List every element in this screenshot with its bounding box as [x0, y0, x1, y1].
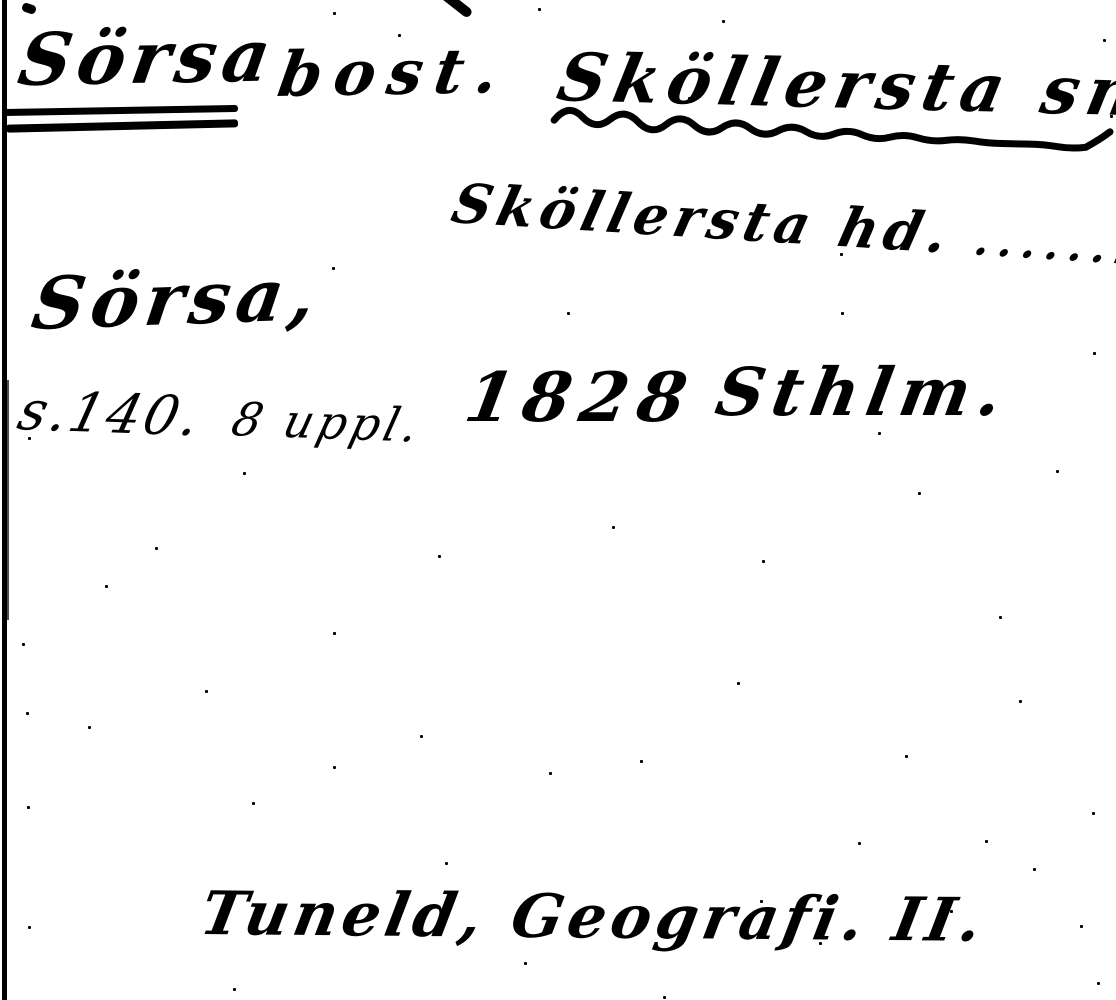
page-reference: s.140. [13, 384, 208, 444]
headword-underline-top [2, 105, 238, 116]
headword-underline-bottom [6, 119, 238, 132]
district-trailing-dots: ......h.l [970, 215, 1116, 278]
headword: Sörsa [14, 20, 281, 96]
publication-year: 1828 [460, 364, 701, 432]
scan-edge-line-shadow [7, 380, 9, 620]
headword-annotation: bost. [274, 40, 514, 106]
district-line: Sköllersta hd. ......h.l [447, 176, 1116, 276]
corner-ink-blob [21, 2, 37, 15]
source-citation: Tuneld, Geografi. II. [196, 884, 991, 951]
scan-noise-specks [0, 0, 3, 3]
reference-line: s.140. 8 uppl. 1828 Sthlm. [16, 360, 1003, 428]
name-repeat: Sörsa, [28, 258, 326, 340]
edition: 8 uppl. [228, 396, 428, 449]
wavy-underline [548, 98, 1116, 162]
publication-place: Sthlm. [712, 359, 1016, 425]
scanned-index-card: Sörsa bost. Sköllersta sn. Sköllersta hd… [0, 0, 1116, 1000]
district-name: Sköllersta hd. [446, 171, 960, 266]
stray-ink-stroke [426, 0, 473, 19]
